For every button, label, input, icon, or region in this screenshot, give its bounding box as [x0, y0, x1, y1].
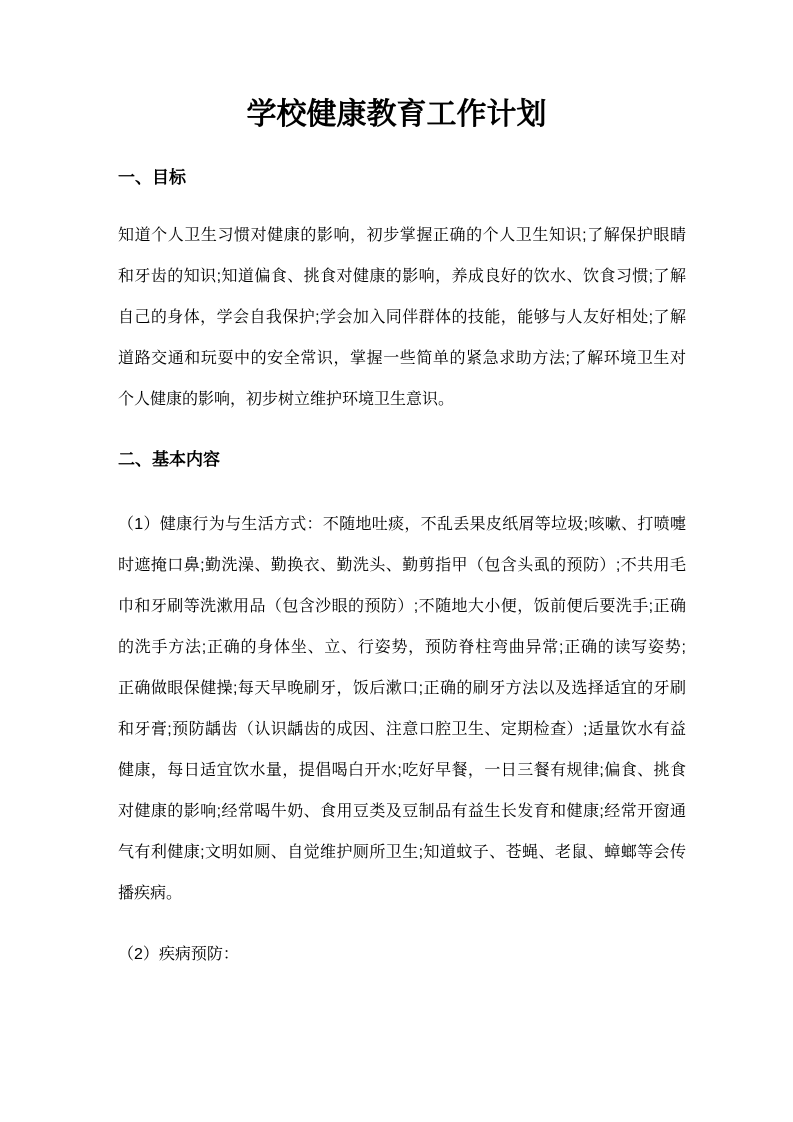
section-heading-goals: 一、目标: [118, 157, 686, 198]
paragraph-health-behavior: （1）健康行为与生活方式：不随地吐痰，不乱丢果皮纸屑等垃圾;咳嗽、打喷嚏 时遮掩…: [118, 504, 686, 914]
text-line: 自己的身体，学会自我保护;学会加入同伴群体的技能，能够与人友好相处;了解: [118, 297, 686, 338]
paragraph-disease-prevention: （2）疾病预防：: [118, 934, 686, 975]
text-line: 时遮掩口鼻;勤洗澡、勤换衣、勤洗头、勤剪指甲（包含头虱的预防）;不共用毛: [118, 545, 686, 586]
text-line: 的洗手方法;正确的身体坐、立、行姿势，预防脊柱弯曲异常;正确的读写姿势;: [118, 627, 686, 668]
text-line: 道路交通和玩耍中的安全常识，掌握一些简单的紧急求助方法;了解环境卫生对: [118, 338, 686, 379]
text-line: 对健康的影响;经常喝牛奶、食用豆类及豆制品有益生长发育和健康;经常开窗通: [118, 791, 686, 832]
document-page: 学校健康教育工作计划 一、目标 知道个人卫生习惯对健康的影响，初步掌握正确的个人…: [0, 0, 793, 1122]
section-heading-basic-content: 二、基本内容: [118, 439, 686, 480]
document-title: 学校健康教育工作计划: [0, 94, 793, 135]
document-body: 一、目标 知道个人卫生习惯对健康的影响，初步掌握正确的个人卫生知识;了解保护眼睛…: [118, 157, 686, 975]
text-line: 气有利健康;文明如厕、自觉维护厕所卫生;知道蚊子、苍蝇、老鼠、蟑螂等会传: [118, 832, 686, 873]
paragraph-goals: 知道个人卫生习惯对健康的影响，初步掌握正确的个人卫生知识;了解保护眼睛 和牙齿的…: [118, 215, 686, 420]
text-line: 知道个人卫生习惯对健康的影响，初步掌握正确的个人卫生知识;了解保护眼睛: [118, 215, 686, 256]
text-line: 播疾病。: [118, 873, 686, 914]
text-line: 健康，每日适宜饮水量，提倡喝白开水;吃好早餐，一日三餐有规律;偏食、挑食: [118, 750, 686, 791]
text-line: 和牙齿的知识;知道偏食、挑食对健康的影响，养成良好的饮水、饮食习惯;了解: [118, 256, 686, 297]
text-line: 和牙膏;预防龋齿（认识龋齿的成因、注意口腔卫生、定期检查）;适量饮水有益: [118, 709, 686, 750]
text-line: 个人健康的影响，初步树立维护环境卫生意识。: [118, 379, 686, 420]
text-line: （2）疾病预防：: [118, 934, 686, 975]
text-line: （1）健康行为与生活方式：不随地吐痰，不乱丢果皮纸屑等垃圾;咳嗽、打喷嚏: [118, 504, 686, 545]
text-line: 正确做眼保健操;每天早晚刷牙，饭后漱口;正确的刷牙方法以及选择适宜的牙刷: [118, 668, 686, 709]
text-line: 巾和牙刷等洗漱用品（包含沙眼的预防）;不随地大小便，饭前便后要洗手;正确: [118, 586, 686, 627]
